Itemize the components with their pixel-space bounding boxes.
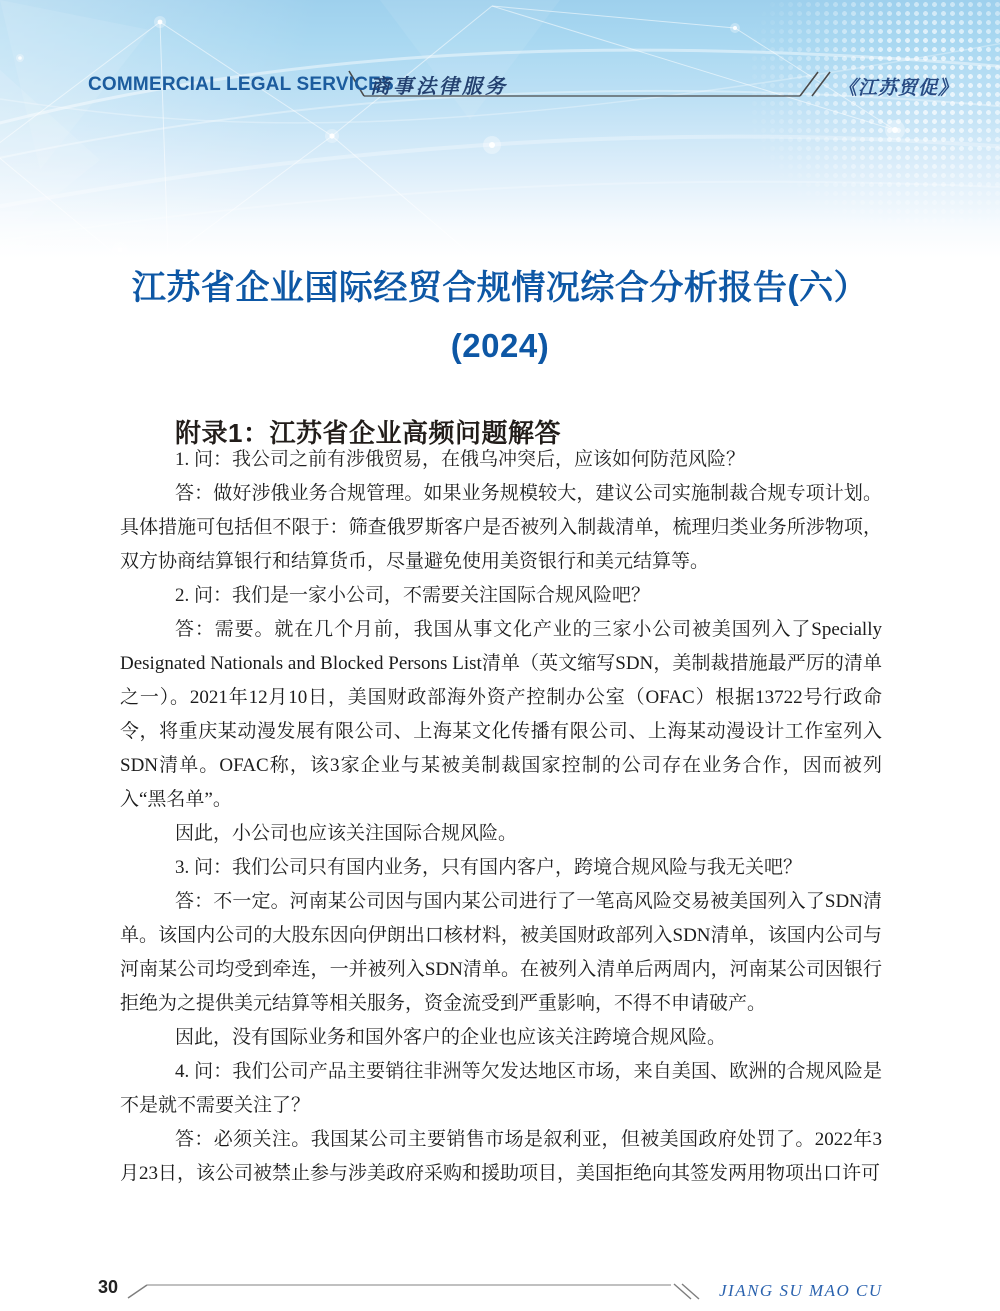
- question-paragraph: 3. 问：我们公司只有国内业务，只有国内客户，跨境合规风险与我无关吧？: [120, 851, 882, 885]
- journal-badge: 《江苏贸促》: [838, 73, 958, 100]
- question-paragraph: 1. 问：我公司之前有涉俄贸易，在俄乌冲突后，应该如何防范风险？: [120, 443, 882, 477]
- header-rule-lines: [0, 0, 1000, 120]
- header-english-title: COMMERCIAL LEGAL SERVICES: [88, 74, 394, 96]
- page-number: 30: [98, 1277, 118, 1298]
- answer-paragraph: 答：必须关注。我国某公司主要销售市场是叙利亚，但被美国政府处罚了。2022年3月…: [120, 1123, 882, 1191]
- header-calligraphy-title: 商事法律服务: [370, 70, 508, 99]
- question-paragraph: 2. 问：我们是一家小公司，不需要关注国际合规风险吧？: [120, 579, 882, 613]
- journal-name-footer: JIANG SU MAO CU: [719, 1281, 883, 1301]
- qa-content: 1. 问：我公司之前有涉俄贸易，在俄乌冲突后，应该如何防范风险？ 答：做好涉俄业…: [120, 443, 882, 1191]
- answer-paragraph: 因此，小公司也应该关注国际合规风险。: [120, 817, 882, 851]
- document-title-line2: (2024): [0, 327, 1000, 365]
- answer-paragraph: 答：做好涉俄业务合规管理。如果业务规模较大，建议公司实施制裁合规专项计划。具体措…: [120, 477, 882, 579]
- document-title-line1: 江苏省企业国际经贸合规情况综合分析报告(六）: [0, 260, 1000, 309]
- answer-paragraph: 因此，没有国际业务和国外客户的企业也应该关注跨境合规风险。: [120, 1021, 882, 1055]
- answer-paragraph: 答：不一定。河南某公司因与国内某公司进行了一笔高风险交易被美国列入了SDN清单。…: [120, 885, 882, 1021]
- answer-paragraph: 答：需要。就在几个月前，我国从事文化产业的三家小公司被美国列入了Speciall…: [120, 613, 882, 817]
- document-page: COMMERCIAL LEGAL SERVICES 商事法律服务 《江苏贸促》 …: [0, 0, 1000, 1311]
- question-paragraph: 4. 问：我们公司产品主要销往非洲等欠发达地区市场，来自美国、欧洲的合规风险是不…: [120, 1055, 882, 1123]
